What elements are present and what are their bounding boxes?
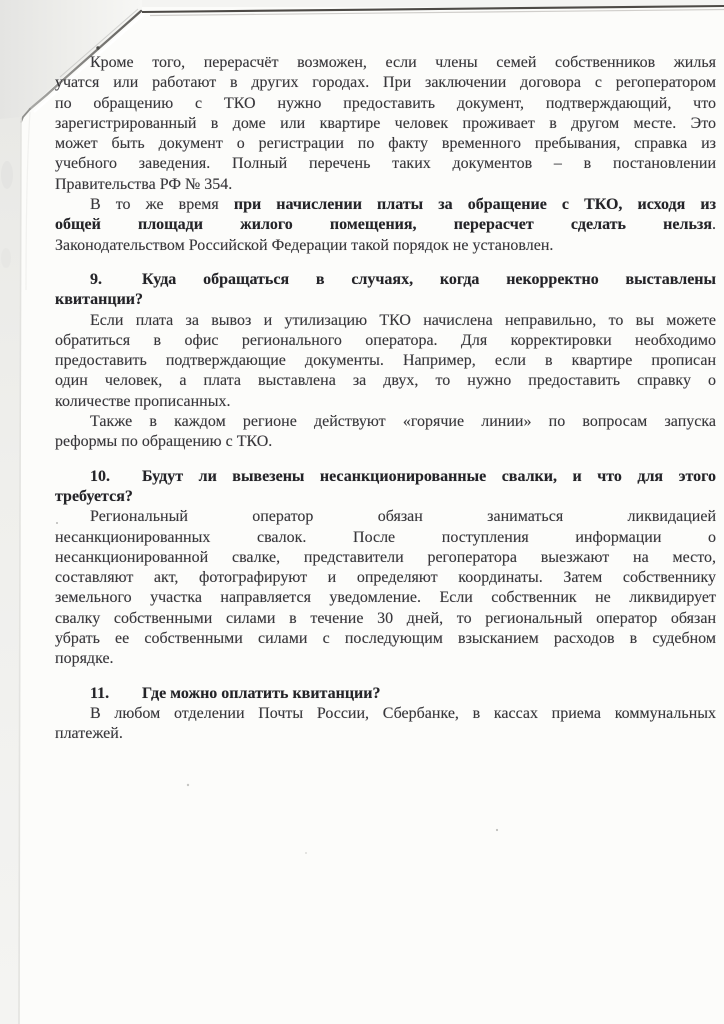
paragraph: Кроме того, перерасчёт возможен, если чл…	[55, 53, 716, 195]
text-run: несанкционированных свалок. После поступ…	[55, 529, 716, 546]
dust-speck	[187, 784, 189, 786]
text-line: несанкционированных свалок. После поступ…	[55, 528, 716, 548]
question-text: Будут ли вывезены несанкционированные св…	[142, 468, 716, 485]
bold-run: при начислении платы за обращение с ТКО,…	[234, 196, 716, 213]
paragraph: Региональный оператор обязан заниматься …	[55, 507, 716, 669]
document-text: Кроме того, перерасчёт возможен, если чл…	[55, 53, 716, 745]
text-run: квитанции?	[55, 291, 143, 308]
text-line: Кроме того, перерасчёт возможен, если чл…	[55, 53, 716, 73]
text-run: несанкционированной свалке, представител…	[55, 549, 716, 566]
question-heading: 10.Будут ли вывезены несанкционированные…	[55, 467, 716, 508]
text-line: реформы по обращению с ТКО.	[55, 432, 716, 452]
text-line: общей площади жилого помещения, перерасч…	[55, 215, 716, 235]
text-line: может быть документ о регистрации по фак…	[55, 134, 716, 154]
text-run: Законодательством Российской Федерации т…	[55, 237, 553, 254]
text-run: Куда обращаться в случаях, когда некорре…	[142, 271, 716, 288]
text-run: учатся или работают в других городах. Пр…	[55, 74, 716, 91]
text-run: обратиться в офис регионального оператор…	[55, 332, 716, 349]
text-line: количестве прописанных.	[55, 392, 716, 412]
text-line: Если плата за вывоз и утилизацию ТКО нач…	[55, 311, 716, 331]
text-run: В то же время	[90, 196, 234, 213]
text-run: зарегистрированный в доме или квартире ч…	[55, 115, 716, 132]
text-line: учебного заведения. Полный перечень таки…	[55, 154, 716, 174]
bold-run: общей площади жилого помещения, перерасч…	[55, 216, 712, 233]
dust-speck	[96, 46, 99, 49]
question-heading: 11.Где можно оплатить квитанции?	[55, 684, 716, 704]
text-run: порядке.	[55, 650, 114, 667]
text-run: платежей.	[55, 725, 123, 742]
text-run: .	[712, 216, 716, 233]
page-left-inner-shade	[26, 112, 30, 290]
scanner-smudge	[1, 248, 11, 268]
dust-speck	[496, 829, 498, 831]
paragraph: В любом отделении Почты России, Сбербанк…	[55, 704, 716, 745]
question-heading: 9.Куда обращаться в случаях, когда некор…	[55, 270, 716, 311]
text-run: В любом отделении Почты России, Сбербанк…	[90, 705, 716, 722]
text-line: требуется?	[55, 487, 716, 507]
text-line: Правительства РФ № 354.	[55, 175, 716, 195]
text-line: квитанции?	[55, 290, 716, 310]
text-line: обратиться в офис регионального оператор…	[55, 331, 716, 351]
text-run: Будут ли вывезены несанкционированные св…	[142, 468, 716, 485]
text-run: один человек, а плата выставлена за двух…	[55, 372, 716, 389]
dust-speck	[305, 852, 307, 854]
text-line: земельного участка направляется уведомле…	[55, 588, 716, 608]
text-line: несанкционированной свалке, представител…	[55, 548, 716, 568]
text-run: Кроме того, перерасчёт возможен, если чл…	[90, 54, 716, 71]
text-line: Законодательством Российской Федерации т…	[55, 236, 716, 256]
question-number: 10.	[90, 467, 142, 487]
text-run: составляют акт, фотографируют и определя…	[55, 569, 716, 586]
text-run: по обращению с ТКО нужно предоставить до…	[55, 95, 716, 112]
text-run: количестве прописанных.	[55, 393, 230, 410]
text-line: свалку собственными силами в течение 30 …	[55, 609, 716, 629]
text-line: В то же время при начислении платы за об…	[55, 195, 716, 215]
text-run: свалку собственными силами в течение 30 …	[55, 610, 716, 627]
text-line: убрать ее собственными силами с последую…	[55, 629, 716, 649]
text-run: учебного заведения. Полный перечень таки…	[55, 155, 716, 172]
text-run: Где можно оплатить квитанции?	[142, 685, 380, 702]
text-run: земельного участка направляется уведомле…	[55, 589, 716, 606]
paragraph: Также в каждом регионе действуют «горячи…	[55, 412, 716, 453]
text-run: реформы по обращению с ТКО.	[55, 433, 272, 450]
text-line: платежей.	[55, 724, 716, 744]
question-number: 9.	[90, 270, 142, 290]
text-run: убрать ее собственными силами с последую…	[55, 630, 716, 647]
text-line: зарегистрированный в доме или квартире ч…	[55, 114, 716, 134]
text-run: может быть документ о регистрации по фак…	[55, 135, 716, 152]
text-line: порядке.	[55, 649, 716, 669]
text-run: Региональный оператор обязан заниматься …	[90, 508, 716, 525]
text-run: требуется?	[55, 488, 133, 505]
text-line: составляют акт, фотографируют и определя…	[55, 568, 716, 588]
text-line: В любом отделении Почты России, Сбербанк…	[55, 704, 716, 724]
text-run: Правительства РФ № 354.	[55, 176, 232, 193]
scanned-document-page: Кроме того, перерасчёт возможен, если чл…	[0, 0, 724, 1024]
text-run: Если плата за вывоз и утилизацию ТКО нач…	[90, 312, 716, 329]
paragraph: Если плата за вывоз и утилизацию ТКО нач…	[55, 311, 716, 412]
text-line: учатся или работают в других городах. Пр…	[55, 73, 716, 93]
text-line: 10.Будут ли вывезены несанкционированные…	[55, 467, 716, 487]
text-line: Региональный оператор обязан заниматься …	[55, 507, 716, 527]
paragraph: В то же время при начислении платы за об…	[55, 195, 716, 256]
text-line: 11.Где можно оплатить квитанции?	[55, 684, 716, 704]
question-text: Где можно оплатить квитанции?	[142, 685, 380, 702]
text-run: предоставить подтверждающие документы. Н…	[55, 352, 716, 369]
question-text: Куда обращаться в случаях, когда некорре…	[142, 271, 716, 288]
text-line: Также в каждом регионе действуют «горячи…	[55, 412, 716, 432]
scanner-smudge	[1, 161, 13, 189]
question-number: 11.	[90, 684, 142, 704]
text-line: один человек, а плата выставлена за двух…	[55, 371, 716, 391]
text-run: Также в каждом регионе действуют «горячи…	[90, 413, 716, 430]
text-line: предоставить подтверждающие документы. Н…	[55, 351, 716, 371]
text-line: по обращению с ТКО нужно предоставить до…	[55, 94, 716, 114]
text-line: 9.Куда обращаться в случаях, когда некор…	[55, 270, 716, 290]
